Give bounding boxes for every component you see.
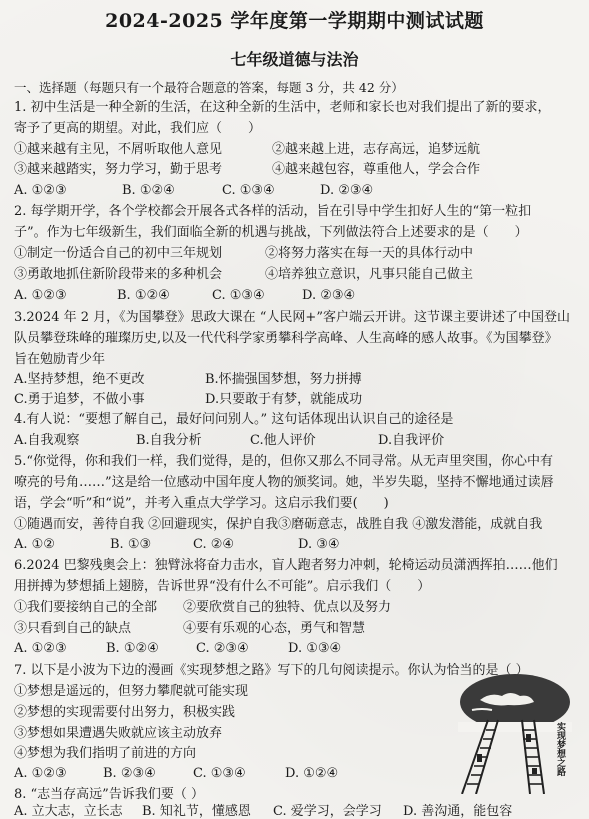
q3-stem-3: 旨在勉励青少年 — [14, 350, 105, 369]
q5-statements: ①随遇而安，善待自我 ②回避现实，保护自我③磨砺意志，战胜自我 ④激发潜能，成就… — [14, 515, 542, 534]
q5-stem-2: 嘹亮的号角……”这是给一位感动中国年度人物的颁奖词。她，半岁失聪，坚持不懈地通过… — [14, 473, 554, 492]
q5-choice-a[interactable]: A. ①② — [14, 535, 55, 554]
q1-statement: ①越来越有主见，不屑听取他人意见 — [14, 140, 222, 159]
q3-choice-d[interactable]: D.只要敢于有梦，就能成功 — [205, 390, 362, 409]
q1-statement: ④越来越包容，尊重他人，学会合作 — [272, 160, 480, 179]
q3-choice-c[interactable]: C.勇于追梦，不做小事 — [14, 390, 145, 409]
q2-statement: ①制定一份适合自己的初中三年规划 — [14, 244, 222, 263]
q6-choice-a[interactable]: A. ①②③ — [14, 639, 67, 658]
q6-statement: ③只看到自己的缺点 — [14, 619, 131, 638]
q7-choice-a[interactable]: A. ①②③ — [14, 764, 67, 783]
q1-choice-a[interactable]: A. ①②③ — [14, 181, 67, 200]
q8-choice-d[interactable]: D. 善沟通，能包容 — [403, 802, 512, 819]
section-heading: 一、选择题（每题只有一个最符合题意的答案，每题 3 分，共 42 分） — [14, 78, 404, 97]
q6-stem-1: 6.2024 巴黎残奥会上：独臂泳将奋力击水，盲人跑者努力冲刺，轮椅运动员潇洒挥… — [14, 556, 558, 575]
q3-choice-b[interactable]: B.怀揣强国梦想，努力拼搏 — [205, 370, 362, 389]
q4-choice-d[interactable]: D.自我评价 — [378, 431, 444, 450]
q3-choice-a[interactable]: A.坚持梦想，绝不更改 — [14, 370, 145, 389]
q4-choice-b[interactable]: B.自我分析 — [136, 431, 202, 450]
q1-statement: ③越来越踏实，努力学习，勤于思考 — [14, 160, 222, 179]
exam-page: 2024-2025 学年度第一学期期中测试试题 七年级道德与法治 一、选择题（每… — [0, 0, 589, 819]
q5-choice-d[interactable]: D. ③④ — [298, 535, 340, 554]
cartoon-caption: 实现梦想之路 — [553, 722, 565, 776]
q3-stem-2: 队员攀登珠峰的璀璨历史,以及一代代科学家勇攀科学高峰、人生高峰的感人故事。《为国… — [14, 329, 558, 348]
q8-choice-c[interactable]: C. 爱学习，会学习 — [273, 802, 382, 819]
q7-statement: ④梦想为我们指明了前进的方向 — [14, 744, 196, 763]
q1-choice-d[interactable]: D. ②③④ — [320, 181, 373, 200]
q2-stem-1: 2. 每学期开学，各个学校都会开展各式各样的活动，旨在引导中学生扣好人生的“第一… — [14, 202, 531, 221]
q6-choice-b[interactable]: B. ①②④ — [106, 639, 159, 658]
q4-choice-c[interactable]: C.他人评价 — [250, 431, 316, 450]
q6-statement: ④要有乐观的心态，勇气和智慧 — [183, 619, 365, 638]
q2-choice-c[interactable]: C. ①③④ — [212, 286, 265, 305]
exam-subtitle: 七年级道德与法治 — [0, 47, 589, 70]
q7-statement: ①梦想是遥远的，但努力攀爬就可能实现 — [14, 682, 248, 701]
q6-stem-2: 用拼搏为梦想插上翅膀，告诉世界“没有什么不可能”。启示我们（ ） — [14, 577, 430, 596]
q2-statement: ④培养独立意识，凡事只能自己做主 — [265, 265, 473, 284]
q7-choice-b[interactable]: B. ②③④ — [103, 764, 156, 783]
q4-stem-1: 4.有人说：“要想了解自己，最好问问别人。” 这句话体现出认识自己的途径是 — [14, 410, 453, 429]
q1-choice-c[interactable]: C. ①③④ — [222, 181, 275, 200]
dream-ladder-cartoon: 实现梦想之路 — [450, 672, 580, 794]
q7-choice-d[interactable]: D. ①②④ — [285, 764, 338, 783]
q1-stem-1: 1. 初中生活是一种全新的生活，在这种全新的生活中，老师和家长也对我们提出了新的… — [14, 98, 551, 117]
q2-choice-a[interactable]: A. ①②③ — [14, 286, 67, 305]
q1-stem-2: 寄予了更高的期望。对此，我们应（ ） — [14, 119, 261, 138]
q2-statement: ③勇敢地抓住新阶段带来的多种机会 — [14, 265, 222, 284]
q2-choice-b[interactable]: B. ①②④ — [117, 286, 170, 305]
q5-stem-1: 5.“你觉得，你和我们一样，我们觉得，是的，但你又那么不同寻常。从无声里突围，你… — [14, 452, 553, 471]
q3-stem-1: 3.2024 年 2 月，《为国攀登》思政大课在 “人民网+”客户端云开讲。这节… — [14, 308, 570, 327]
q1-statement: ②越来越上进，志存高远，追梦远航 — [272, 140, 480, 159]
q2-statement: ②将努力落实在每一天的具体行动中 — [265, 244, 473, 263]
exam-title: 2024-2025 学年度第一学期期中测试试题 — [0, 6, 589, 33]
q2-stem-2: 子”。作为七年级新生，我们面临全新的机遇与挑战，下列做法符合上述要求的是（ ） — [14, 223, 528, 242]
q6-choice-c[interactable]: C. ②③④ — [196, 639, 249, 658]
q7-statement: ②梦想的实现需要付出努力，积极实践 — [14, 703, 235, 722]
q2-choice-d[interactable]: D. ②③④ — [302, 286, 355, 305]
q5-choice-c[interactable]: C. ②④ — [193, 535, 234, 554]
q6-statement: ②要欣赏自己的独特、优点以及努力 — [183, 598, 391, 617]
q7-choice-c[interactable]: C. ①③④ — [193, 764, 246, 783]
q8-choice-b[interactable]: B. 知礼节，懂感恩 — [142, 802, 251, 819]
q1-choice-b[interactable]: B. ①②④ — [122, 181, 175, 200]
q5-choice-b[interactable]: B. ①③ — [110, 535, 151, 554]
q8-choice-a[interactable]: A. 立大志，立长志 — [14, 802, 123, 819]
q7-statement: ③梦想如果遭遇失败就应该主动放弃 — [14, 724, 222, 743]
q4-choice-a[interactable]: A.自我观察 — [14, 431, 80, 450]
q6-choice-d[interactable]: D. ①③④ — [288, 639, 341, 658]
q6-statement: ①我们要接纳自己的全部 — [14, 598, 157, 617]
q5-stem-3: 语，学会“听”和“说”，并考入重点大学学习。这启示我们要( ) — [14, 494, 389, 513]
